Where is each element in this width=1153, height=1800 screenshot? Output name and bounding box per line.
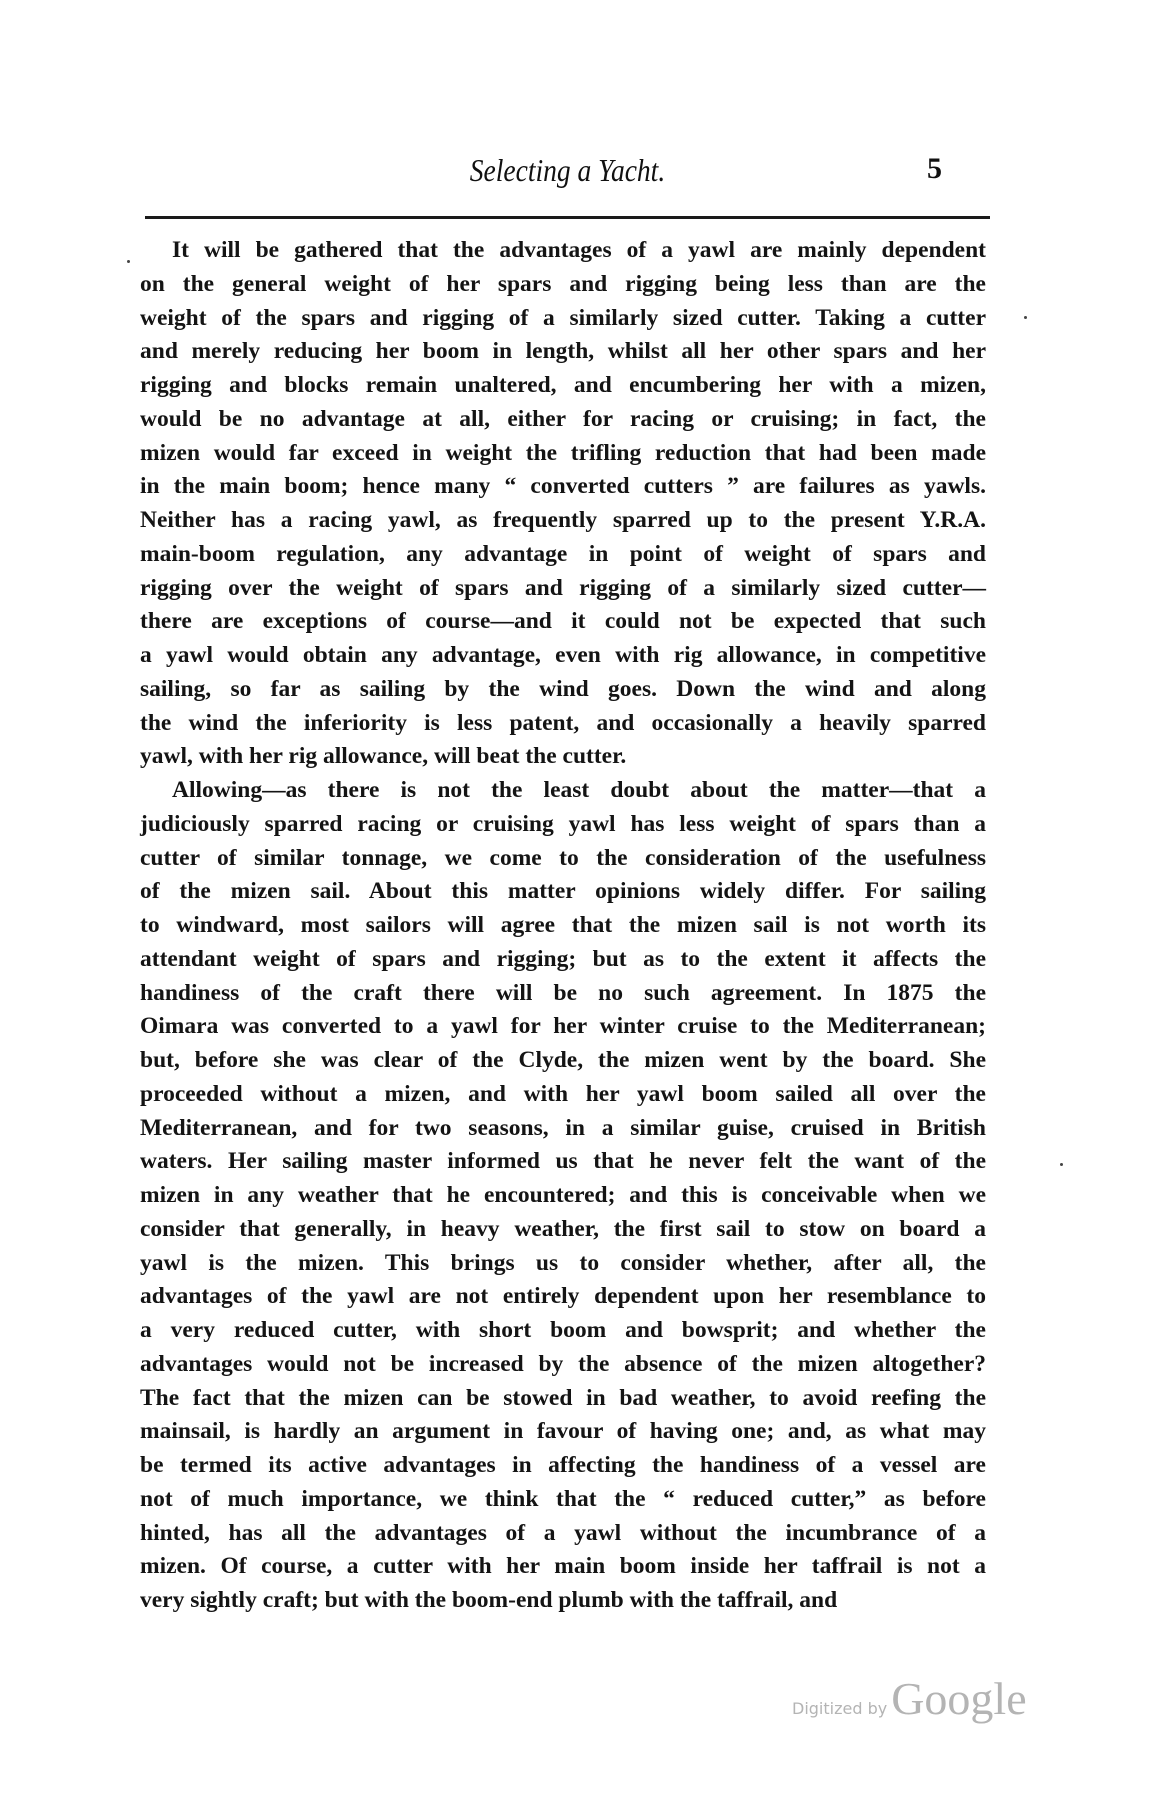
text-line: a very reduced cutter, with short boom a…: [140, 1314, 986, 1348]
text-line: waters. Her sailing master informed us t…: [140, 1145, 986, 1179]
text-line: Oimara was converted to a yawl for her w…: [140, 1010, 986, 1044]
page-number: 5: [927, 152, 942, 186]
margin-speck: [1060, 1163, 1063, 1166]
text-line: would be no advantage at all, either for…: [140, 403, 986, 437]
text-line: a yawl would obtain any advantage, even …: [140, 639, 986, 673]
text-line: mizen in any weather that he encountered…: [140, 1179, 986, 1213]
text-line: advantages of the yawl are not entirely …: [140, 1280, 986, 1314]
text-line: the wind the inferiority is less patent,…: [140, 707, 986, 741]
text-line: on the general weight of her spars and r…: [140, 268, 986, 302]
text-line: consider that generally, in heavy weathe…: [140, 1213, 986, 1247]
text-line: not of much importance, we think that th…: [140, 1483, 986, 1517]
text-line: proceeded without a mizen, and with her …: [140, 1078, 986, 1112]
text-line: rigging and blocks remain unaltered, and…: [140, 369, 986, 403]
text-line: Mediterranean, and for two seasons, in a…: [140, 1112, 986, 1146]
running-head: Selecting a Yacht. 5: [145, 152, 990, 196]
text-line: hinted, has all the advantages of a yawl…: [140, 1517, 986, 1551]
text-line: Neither has a racing yawl, as frequently…: [140, 504, 986, 538]
text-line: to windward, most sailors will agree tha…: [140, 909, 986, 943]
text-line: in the main boom; hence many “ converted…: [140, 470, 986, 504]
body-text: It will be gathered that the advantages …: [140, 234, 986, 1618]
header-rule: [145, 216, 990, 219]
text-line: yawl is the mizen. This brings us to con…: [140, 1247, 986, 1281]
watermark-prefix: Digitized by: [792, 1699, 887, 1718]
text-line: weight of the spars and rigging of a sim…: [140, 302, 986, 336]
text-line: cutter of similar tonnage, we come to th…: [140, 842, 986, 876]
running-head-title: Selecting a Yacht.: [204, 152, 931, 189]
margin-speck: [1024, 316, 1027, 319]
text-line: The fact that the mizen can be stowed in…: [140, 1382, 986, 1416]
watermark-brand: Google: [891, 1672, 1026, 1725]
margin-speck: [127, 260, 130, 263]
text-line: mizen would far exceed in weight the tri…: [140, 437, 986, 471]
text-line: of the mizen sail. About this matter opi…: [140, 875, 986, 909]
paragraph: Allowing—as there is not the least doubt…: [140, 774, 986, 1618]
text-line: It will be gathered that the advantages …: [140, 234, 986, 268]
text-line: mizen. Of course, a cutter with her main…: [140, 1550, 986, 1584]
text-line: mainsail, is hardly an argument in favou…: [140, 1415, 986, 1449]
text-line: and merely reducing her boom in length, …: [140, 335, 986, 369]
text-line: there are exceptions of course—and it co…: [140, 605, 986, 639]
text-line: sailing, so far as sailing by the wind g…: [140, 673, 986, 707]
text-line: be termed its active advantages in affec…: [140, 1449, 986, 1483]
text-line: handiness of the craft there will be no …: [140, 977, 986, 1011]
text-line: attendant weight of spars and rigging; b…: [140, 943, 986, 977]
text-line: Allowing—as there is not the least doubt…: [140, 774, 986, 808]
book-page: Selecting a Yacht. 5 It will be gathered…: [0, 0, 1153, 1800]
paragraph: It will be gathered that the advantages …: [140, 234, 986, 774]
text-line: but, before she was clear of the Clyde, …: [140, 1044, 986, 1078]
text-line: main-boom regulation, any advantage in p…: [140, 538, 986, 572]
text-line: advantages would not be increased by the…: [140, 1348, 986, 1382]
text-line: very sightly craft; but with the boom-en…: [140, 1584, 986, 1618]
text-line: rigging over the weight of spars and rig…: [140, 572, 986, 606]
text-line: yawl, with her rig allowance, will beat …: [140, 740, 986, 774]
digitized-by-google-watermark: Digitized by Google: [792, 1672, 1027, 1725]
text-line: judiciously sparred racing or cruising y…: [140, 808, 986, 842]
